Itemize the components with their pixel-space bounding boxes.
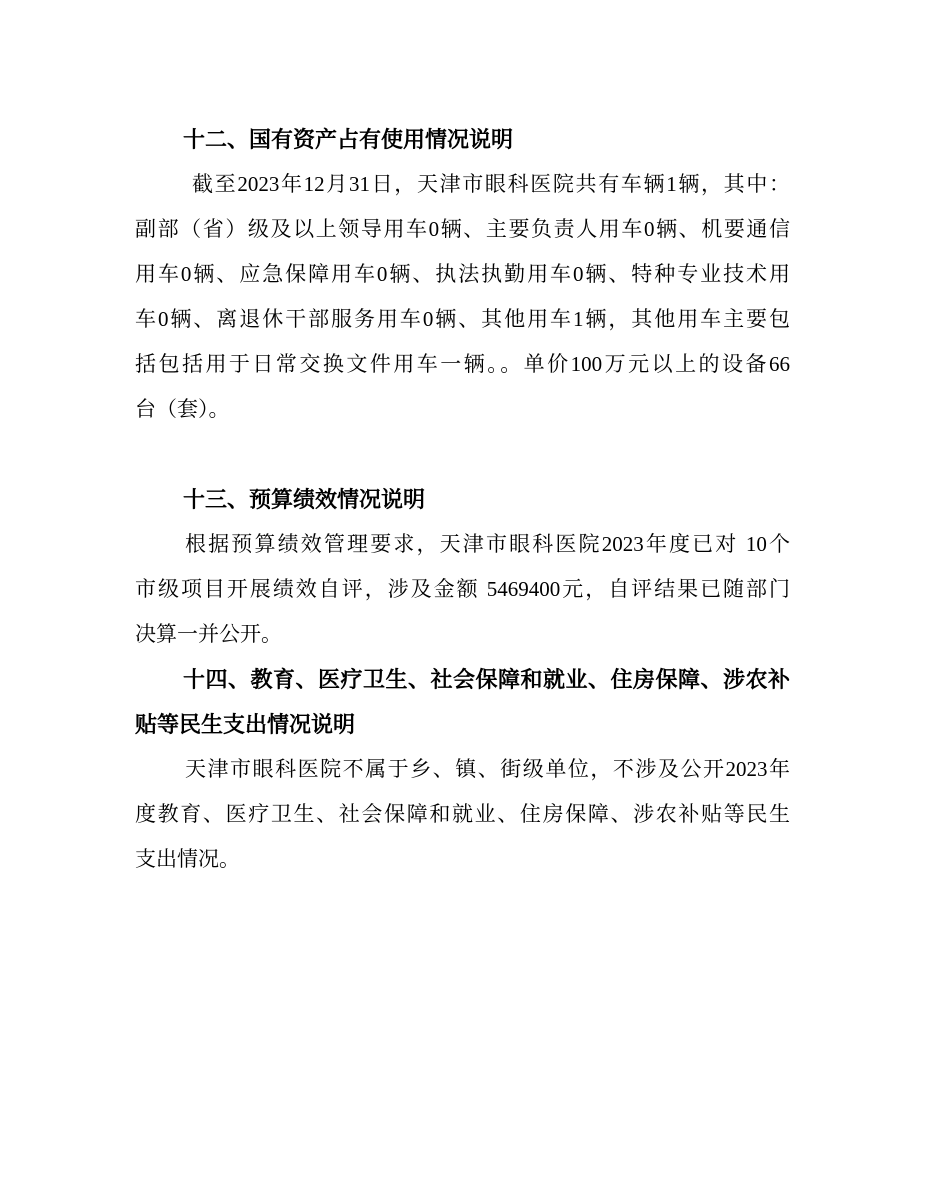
section-13-body-line: 决算一并公开。 bbox=[135, 612, 790, 657]
section-13-heading: 十三、预算绩效情况说明 bbox=[135, 477, 790, 522]
section-state-owned-assets: 十二、国有资产占有使用情况说明 截至2023年12月31日，天津市眼科医院共有车… bbox=[135, 117, 790, 432]
section-14-heading-line: 贴等民生支出情况说明 bbox=[135, 702, 790, 747]
section-14-body-line: 支出情况。 bbox=[135, 837, 790, 882]
section-12-body-line: 用车0辆、应急保障用车0辆、执法执勤用车0辆、特种专业技术用 bbox=[135, 252, 790, 297]
blank-line bbox=[135, 432, 790, 477]
section-12-body-line: 截至2023年12月31日，天津市眼科医院共有车辆1辆，其中： bbox=[135, 162, 790, 207]
section-livelihood-expenditure: 十四、教育、医疗卫生、社会保障和就业、住房保障、涉农补 贴等民生支出情况说明 天… bbox=[135, 657, 790, 882]
document-page: 十二、国有资产占有使用情况说明 截至2023年12月31日，天津市眼科医院共有车… bbox=[0, 0, 927, 1200]
section-12-heading: 十二、国有资产占有使用情况说明 bbox=[135, 117, 790, 162]
section-12-body-line: 车0辆、离退休干部服务用车0辆、其他用车1辆，其他用车主要包 bbox=[135, 297, 790, 342]
section-12-body-line: 副部（省）级及以上领导用车0辆、主要负责人用车0辆、机要通信 bbox=[135, 207, 790, 252]
section-14-heading-line: 十四、教育、医疗卫生、社会保障和就业、住房保障、涉农补 bbox=[135, 657, 790, 702]
section-budget-performance: 十三、预算绩效情况说明 根据预算绩效管理要求，天津市眼科医院2023年度已对 1… bbox=[135, 477, 790, 657]
section-13-body-line: 市级项目开展绩效自评，涉及金额 5469400元，自评结果已随部门 bbox=[135, 567, 790, 612]
section-14-body-line: 度教育、医疗卫生、社会保障和就业、住房保障、涉农补贴等民生 bbox=[135, 792, 790, 837]
section-14-body-line: 天津市眼科医院不属于乡、镇、街级单位，不涉及公开2023年 bbox=[135, 747, 790, 792]
section-12-body-line: 台（套）。 bbox=[135, 387, 790, 432]
section-12-body-line: 括包括用于日常交换文件用车一辆。。单价100万元以上的设备66 bbox=[135, 342, 790, 387]
section-13-body-line: 根据预算绩效管理要求，天津市眼科医院2023年度已对 10个 bbox=[135, 522, 790, 567]
